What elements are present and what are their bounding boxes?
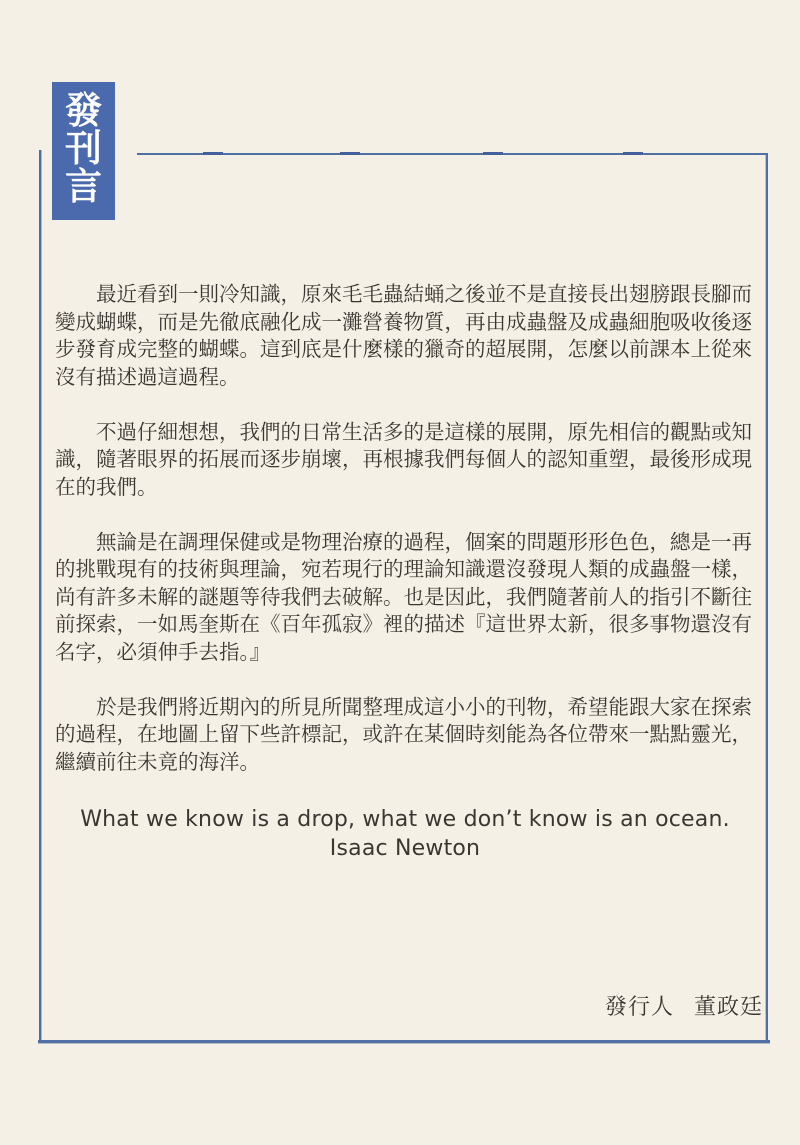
text-line: 的挑戰現有的技術與理論，宛若現行的理論知識還沒發現人類的成蟲盤一樣， [55, 557, 755, 585]
text-line: 沒有描述過這過程。 [55, 365, 755, 393]
frame-bottom-border [38, 1040, 770, 1043]
text-line: 前探索，一如馬奎斯在《百年孤寂》裡的描述『這世界太新，很多事物還沒有 [55, 612, 755, 640]
frame-stroke-overlap [623, 152, 643, 155]
text-line: 無論是在調理保健或是物理治療的過程，個案的問題形形色色，總是一再 [55, 530, 755, 558]
paragraph-1: 最近看到一則冷知識，原來毛毛蟲結蛹之後並不是直接長出翅膀跟長腳而 變成蝴蝶，而是… [55, 282, 755, 392]
text-line: 變成蝴蝶，而是先徹底融化成一灘營養物質，再由成蟲盤及成蟲細胞吸收後逐 [55, 310, 755, 338]
quote-block: What we know is a drop, what we don’t kn… [55, 805, 755, 863]
foreword-page: 發 刊 言 最近看到一則冷知識，原來毛毛蟲結蛹之後並不是直接長出翅膀跟長腳而 變… [0, 0, 800, 1145]
paragraph-2: 不過仔細想想，我們的日常生活多的是這樣的展開，原先相信的觀點或知 識，隨著眼界的… [55, 420, 755, 503]
publisher-label: 發行人 [605, 994, 674, 1019]
quote-text: What we know is a drop, what we don’t kn… [55, 805, 755, 834]
text-line: 於是我們將近期內的所見所聞整理成這小小的刊物，希望能跟大家在探索 [55, 695, 755, 723]
quote-attribution: Isaac Newton [55, 834, 755, 863]
frame-stroke-overlap [340, 152, 360, 155]
body-text: 最近看到一則冷知識，原來毛毛蟲結蛹之後並不是直接長出翅膀跟長腳而 變成蝴蝶，而是… [55, 282, 755, 863]
frame-stroke-overlap [203, 152, 223, 155]
masthead-title-char-2: 刊 [65, 130, 102, 168]
paragraph-3: 無論是在調理保健或是物理治療的過程，個案的問題形形色色，總是一再 的挑戰現有的技… [55, 530, 755, 668]
text-line: 的過程，在地圖上留下些許標記，或許在某個時刻能為各位帶來一點點靈光， [55, 722, 755, 750]
masthead-title-block: 發 刊 言 [52, 82, 115, 220]
paragraph-4: 於是我們將近期內的所見所聞整理成這小小的刊物，希望能跟大家在探索 的過程，在地圖… [55, 695, 755, 778]
text-line: 繼續前往未竟的海洋。 [55, 750, 755, 778]
frame-stroke-overlap [483, 152, 503, 155]
frame-right-border [766, 153, 768, 1042]
text-line: 步發育成完整的蝴蝶。這到底是什麼樣的獵奇的超展開，怎麼以前課本上從來 [55, 337, 755, 365]
frame-left-border [39, 150, 41, 1042]
text-line: 識，隨著眼界的拓展而逐步崩壞，再根據我們每個人的認知重塑，最後形成現 [55, 447, 755, 475]
text-line: 尚有許多未解的謎題等待我們去破解。也是因此，我們隨著前人的指引不斷往 [55, 585, 755, 613]
text-line: 最近看到一則冷知識，原來毛毛蟲結蛹之後並不是直接長出翅膀跟長腳而 [55, 282, 755, 310]
text-line: 在的我們。 [55, 475, 755, 503]
frame-top-border [137, 153, 768, 155]
masthead-title-char-3: 言 [65, 168, 102, 206]
publisher-name: 董政廷 [694, 994, 763, 1019]
text-line: 名字，必須伸手去指。』 [55, 640, 755, 668]
publisher-signature: 發行人董政廷 [605, 990, 763, 1021]
text-line: 不過仔細想想，我們的日常生活多的是這樣的展開，原先相信的觀點或知 [55, 420, 755, 448]
masthead-title-char-1: 發 [65, 92, 102, 130]
